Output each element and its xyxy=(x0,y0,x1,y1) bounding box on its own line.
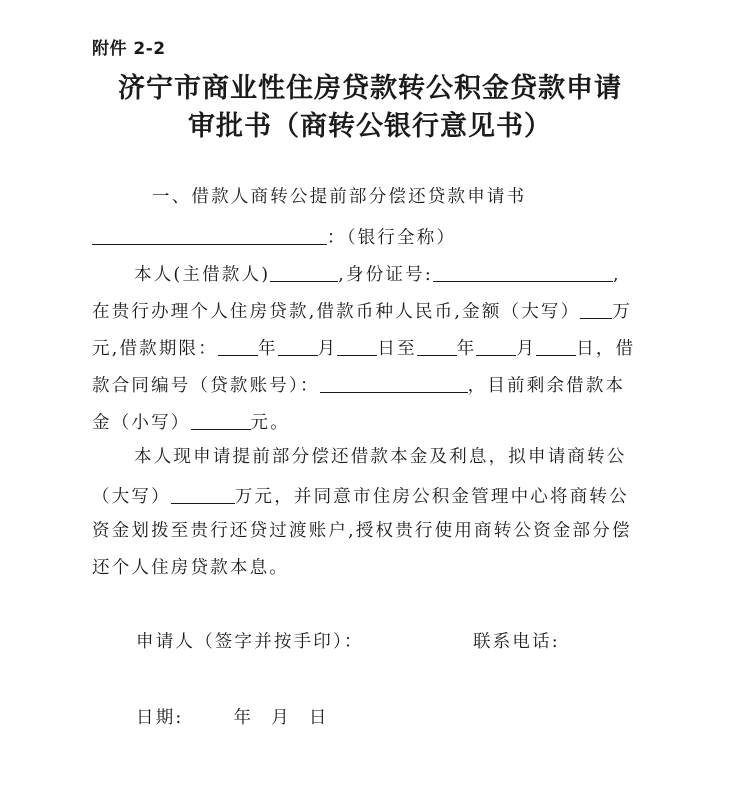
phone-label: 联系电话: xyxy=(473,627,673,657)
year-label: 年 xyxy=(258,339,278,359)
para1-line1: 本人(主借款人),身份证号:, xyxy=(92,257,706,287)
comma: , xyxy=(613,265,621,285)
loan-term-label: 元,借款期限： xyxy=(92,339,218,359)
document-title-line2: 审批书（商转公银行意见书） xyxy=(0,104,740,143)
borrower-label: 本人(主借款人) xyxy=(134,265,270,285)
date-line: 日期:年月日 xyxy=(136,703,536,733)
bank-name-blank[interactable] xyxy=(92,222,327,245)
borrower-name-blank[interactable] xyxy=(270,259,338,282)
bank-name-line: ：（银行全称） xyxy=(92,220,664,250)
para2-line2: （大写）万元，并同意市住房公积金管理中心将商转公 xyxy=(92,479,664,509)
remaining-amount-blank[interactable] xyxy=(191,407,251,430)
remaining-principal-label: ，目前剩余借款本 xyxy=(468,376,626,396)
document-page: 附件 2-2 济宁市商业性住房贷款转公积金贷款申请 审批书（商转公银行意见书） … xyxy=(0,0,740,811)
section-heading: 一、借款人商转公提前部分偿还贷款申请书 xyxy=(92,182,724,212)
end-month-blank[interactable] xyxy=(476,333,516,356)
date-label: 日期: xyxy=(136,708,184,728)
end-year-blank[interactable] xyxy=(417,333,457,356)
id-number-blank[interactable] xyxy=(433,259,613,282)
day-to-label: 日至 xyxy=(377,339,416,359)
para2-line4: 还个人住房贷款本息。 xyxy=(92,553,664,583)
contract-number-label: 款合同编号（贷款账号）： xyxy=(92,376,320,396)
para1-line3: 元,借款期限：年月日至年月日，借 xyxy=(92,331,664,361)
remaining-amount-label: 金（小写） xyxy=(92,413,191,433)
para1-line2: 在贵行办理个人住房贷款,借款币种人民币,金额（大写）万 xyxy=(92,294,664,324)
day-label: 日 xyxy=(309,708,329,728)
document-title-line1: 济宁市商业性住房贷款转公积金贷款申请 xyxy=(0,66,740,105)
month-label: 月 xyxy=(271,708,291,728)
start-year-blank[interactable] xyxy=(218,333,258,356)
consent-text: 万元，并同意市住房公积金管理中心将商转公 xyxy=(235,487,629,507)
month-label: 月 xyxy=(516,339,536,359)
id-number-label: ,身份证号: xyxy=(338,265,433,285)
year-label: 年 xyxy=(457,339,477,359)
contract-number-blank[interactable] xyxy=(320,370,468,393)
transfer-amount-label: （大写） xyxy=(92,487,171,507)
start-month-blank[interactable] xyxy=(278,333,318,356)
year-label: 年 xyxy=(234,708,254,728)
end-day-blank[interactable] xyxy=(536,333,576,356)
para1-line4: 款合同编号（贷款账号）：，目前剩余借款本 xyxy=(92,368,664,398)
para2-line3: 资金划拨至贵行还贷过渡账户,授权贵行使用商转公资金部分偿 xyxy=(92,516,664,546)
bank-name-suffix: ：（银行全称） xyxy=(327,228,456,248)
para1-line5: 金（小写）元。 xyxy=(92,405,664,435)
unit-wan: 万 xyxy=(612,302,632,322)
attachment-label: 附件 2-2 xyxy=(92,34,166,59)
transfer-amount-blank[interactable] xyxy=(171,481,235,504)
loan-amount-label: 在贵行办理个人住房贷款,借款币种人民币,金额（大写） xyxy=(92,302,580,322)
month-label: 月 xyxy=(318,339,338,359)
start-day-blank[interactable] xyxy=(337,333,377,356)
unit-yuan: 元。 xyxy=(251,413,290,433)
day-label: 日，借 xyxy=(576,339,635,359)
para2-line1: 本人现申请提前部分偿还借款本金及利息，拟申请商转公 xyxy=(92,442,706,472)
loan-amount-blank[interactable] xyxy=(580,296,612,319)
